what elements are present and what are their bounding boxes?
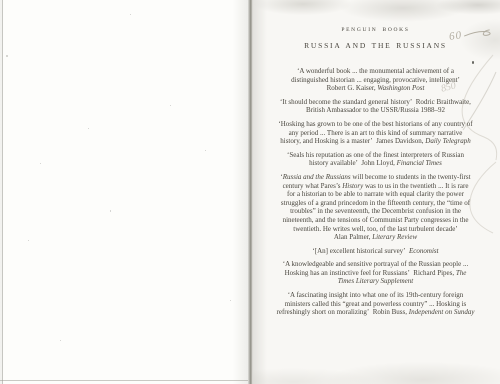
book-scan: 60 850 PENGUIN BOOKS RUSSIA AND THE RUSS… <box>0 0 500 384</box>
review-quote: ‘Russia and the Russians will become to … <box>258 173 493 242</box>
review-quote: ‘Seals his reputation as one of the fine… <box>258 151 493 168</box>
paper-speckle <box>6 55 8 57</box>
page-bottom-edge <box>0 380 248 381</box>
paper-speckle <box>28 240 29 241</box>
review-quote: ‘Hosking has grown to be one of the best… <box>258 120 493 146</box>
paper-speckle <box>205 150 206 151</box>
publisher-imprint: PENGUIN BOOKS <box>258 0 493 33</box>
review-quote: ‘[An] excellent historical survey’ Econo… <box>258 247 493 256</box>
review-quote: ‘A knowledgeable and sensitive portrayal… <box>258 260 493 286</box>
book-title: RUSSIA AND THE RUSSIANS <box>258 41 493 50</box>
right-page: 60 850 PENGUIN BOOKS RUSSIA AND THE RUSS… <box>253 0 500 384</box>
paper-speckle <box>60 340 61 341</box>
paper-speckle <box>230 300 231 301</box>
review-quote: ‘It should become the standard general h… <box>258 98 493 115</box>
left-page-blank <box>0 0 250 384</box>
paper-speckle <box>110 210 111 212</box>
paper-speckle <box>40 163 41 164</box>
text-column: PENGUIN BOOKS RUSSIA AND THE RUSSIANS ‘A… <box>258 0 493 322</box>
paper-speckle <box>88 128 89 129</box>
review-quote: ‘A wonderful book ... the monumental ach… <box>258 67 493 93</box>
paper-speckle <box>170 105 171 106</box>
page-edge-line <box>2 0 3 384</box>
review-quote: ‘A fascinating insight into what one of … <box>258 291 493 317</box>
review-quotes: ‘A wonderful book ... the monumental ach… <box>258 67 493 317</box>
paper-speckle <box>130 14 131 15</box>
